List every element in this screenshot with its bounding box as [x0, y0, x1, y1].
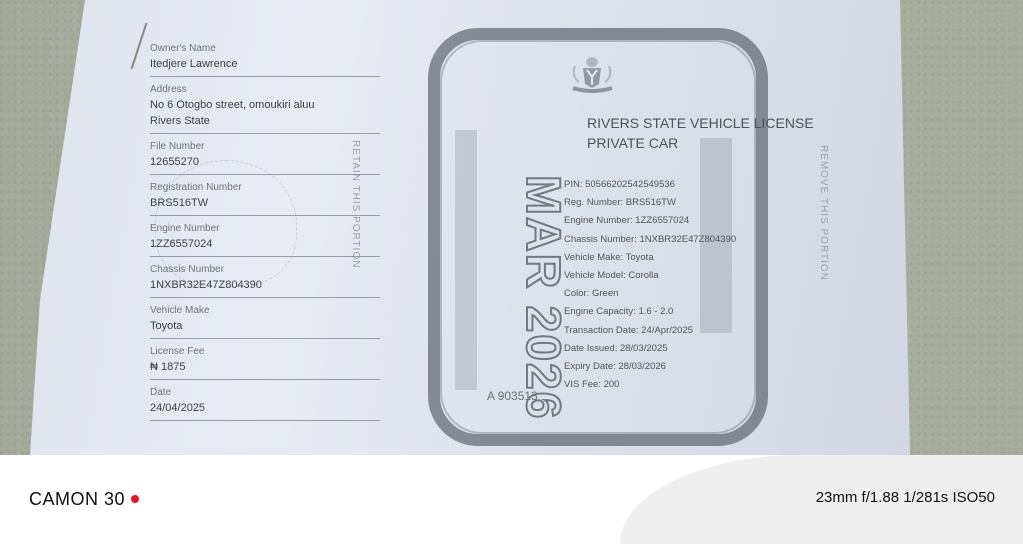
license-vis-fee: VIS Fee: 200 [564, 376, 736, 394]
camera-watermark-footer: CAMON 30 23mm f/1.88 1/281s ISO50 [0, 455, 1023, 544]
license-stub: Owner's Name Itedjere Lawrence Address N… [150, 40, 380, 425]
field-value: Toyota [150, 318, 380, 334]
field-label: Engine Number [150, 222, 380, 236]
field-label: Chassis Number [150, 263, 380, 277]
license-engine-number: Engine Number: 1ZZ6557024 [564, 212, 736, 230]
license-title-text: RIVERS STATE VEHICLE LICENSE [587, 113, 814, 133]
stub-engine-number: Engine Number 1ZZ6557024 [150, 220, 380, 257]
exif-info: 23mm f/1.88 1/281s ISO50 [816, 489, 995, 506]
license-engine-capacity: Engine Capacity: 1.6 - 2.0 [564, 303, 736, 321]
stub-date: Date 24/04/2025 [150, 384, 380, 421]
field-value: BRS516TW [150, 195, 380, 211]
red-dot-icon [131, 495, 139, 503]
field-label: Registration Number [150, 181, 380, 195]
field-label: Owner's Name [150, 42, 380, 56]
field-label: License Fee [150, 345, 380, 359]
stub-file-number: File Number 12655270 [150, 138, 380, 175]
license-transaction-date: Transaction Date: 24/Apr/2025 [564, 322, 736, 340]
license-chassis-number: Chassis Number: 1NXBR32E47Z804390 [564, 231, 736, 249]
field-label: Vehicle Make [150, 304, 380, 318]
expiry-stamp: MAR 2026 [518, 175, 566, 420]
license-color: Color: Green [564, 285, 736, 303]
security-band [455, 130, 477, 390]
license-vehicle-make: Vehicle Make: Toyota [564, 249, 736, 267]
stub-registration-number: Registration Number BRS516TW [150, 179, 380, 216]
field-label: File Number [150, 140, 380, 154]
license-pin: PIN: 50566202542549536 [564, 176, 736, 194]
license-reg-number: Reg. Number: BRS516TW [564, 194, 736, 212]
camera-brand: CAMON 30 [29, 489, 139, 510]
license-expiry-date: Expiry Date: 28/03/2026 [564, 358, 736, 376]
field-value: No 6 Otogbo street, omoukiri aluu [150, 97, 380, 113]
stub-license-fee: License Fee ₦ 1875 [150, 343, 380, 380]
stub-chassis-number: Chassis Number 1NXBR32E47Z804390 [150, 261, 380, 298]
license-subtitle: PRIVATE CAR [587, 133, 814, 153]
field-value: Itedjere Lawrence [150, 56, 380, 72]
field-value: 1ZZ6557024 [150, 236, 380, 252]
stub-address: Address No 6 Otogbo street, omoukiri alu… [150, 81, 380, 134]
remove-portion-text: REMOVE THIS PORTION [818, 145, 829, 281]
field-value: ₦ 1875 [150, 359, 380, 375]
field-value-line2: Rivers State [150, 113, 380, 129]
field-label: Address [150, 83, 380, 97]
serial-number: A 903513 [487, 389, 538, 403]
license-title: RIVERS STATE VEHICLE LICENSE PRIVATE CAR [587, 113, 814, 153]
stub-edge-text: RETAIN THIS PORTION [350, 140, 361, 268]
field-value: 24/04/2025 [150, 400, 380, 416]
field-label: Date [150, 386, 380, 400]
stub-vehicle-make: Vehicle Make Toyota [150, 302, 380, 339]
license-fields: PIN: 50566202542549536 Reg. Number: BRS5… [564, 176, 736, 394]
field-value: 1NXBR32E47Z804390 [150, 277, 380, 293]
stub-owner-name: Owner's Name Itedjere Lawrence [150, 40, 380, 77]
license-date-issued: Date Issued: 28/03/2025 [564, 340, 736, 358]
license-vehicle-model: Vehicle Model: Corolla [564, 267, 736, 285]
camera-brand-text: CAMON 30 [29, 489, 125, 509]
field-value: 12655270 [150, 154, 380, 170]
coat-of-arms-icon [565, 50, 620, 95]
